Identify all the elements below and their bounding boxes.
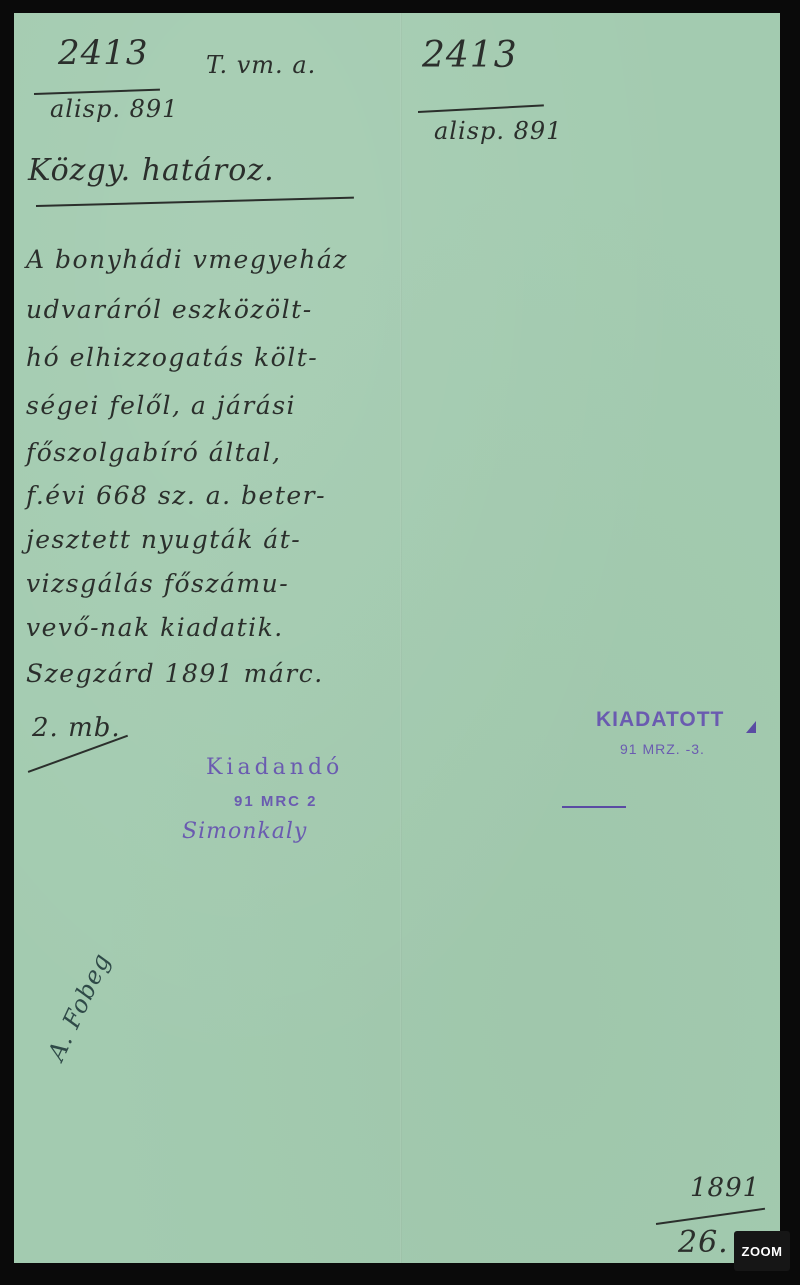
right-registration-subnumber: alisp. 891 <box>434 117 562 145</box>
body-line: vizsgálás főszámu- <box>26 569 289 598</box>
kiadando-stamp-signature: Simonkaly <box>182 819 307 844</box>
body-line: jesztett nyugták át- <box>26 525 301 554</box>
fold-line <box>400 13 402 1263</box>
registration-note: T. vm. a. <box>206 51 316 79</box>
stamp-corner-mark <box>746 721 756 733</box>
paper-tear <box>0 593 14 663</box>
footer-divider <box>656 1208 765 1225</box>
body-line: Szegzárd 1891 márc. <box>26 659 324 688</box>
kiadatott-stamp-date: 91 MRZ. -3. <box>620 741 705 757</box>
body-line: vevő-nak kiadatik. <box>26 613 284 642</box>
registration-divider <box>34 89 160 95</box>
body-line: A bonyhádi vmegyeház <box>26 245 348 274</box>
signature: A. Fobeg <box>42 948 116 1064</box>
kiadando-stamp-date: 91 MRC 2 <box>234 793 318 810</box>
registration-number: 2413 <box>58 33 149 73</box>
body-line: udvaráról eszközölt- <box>26 295 313 324</box>
scan-frame: 2413 T. vm. a. alisp. 891 Közgy. határoz… <box>0 0 800 1285</box>
right-registration-number: 2413 <box>422 35 518 76</box>
document-heading: Közgy. határoz. <box>28 153 275 188</box>
registration-subnumber: alisp. 891 <box>50 95 178 123</box>
kiadatott-stamp-title: KIADATOTT <box>596 708 724 732</box>
right-registration-divider <box>418 104 544 112</box>
body-line: ségei felől, a járási <box>26 391 296 420</box>
body-line: hó elhizzogatás költ- <box>26 343 318 372</box>
heading-underline <box>36 197 354 207</box>
kiadando-stamp-title: Kiadandó <box>206 755 343 780</box>
enclosures-note: 2. mb. <box>32 713 121 743</box>
footer-number: 26. <box>678 1225 729 1260</box>
footer-year: 1891 <box>690 1173 760 1203</box>
zoom-watermark-logo: ZOOM <box>734 1231 790 1271</box>
body-line: főszolgabíró által, <box>26 438 282 467</box>
body-line: f.évi 668 sz. a. beter- <box>26 481 326 510</box>
stamp-bottom-line <box>562 806 626 808</box>
document-page: 2413 T. vm. a. alisp. 891 Közgy. határoz… <box>14 13 780 1263</box>
